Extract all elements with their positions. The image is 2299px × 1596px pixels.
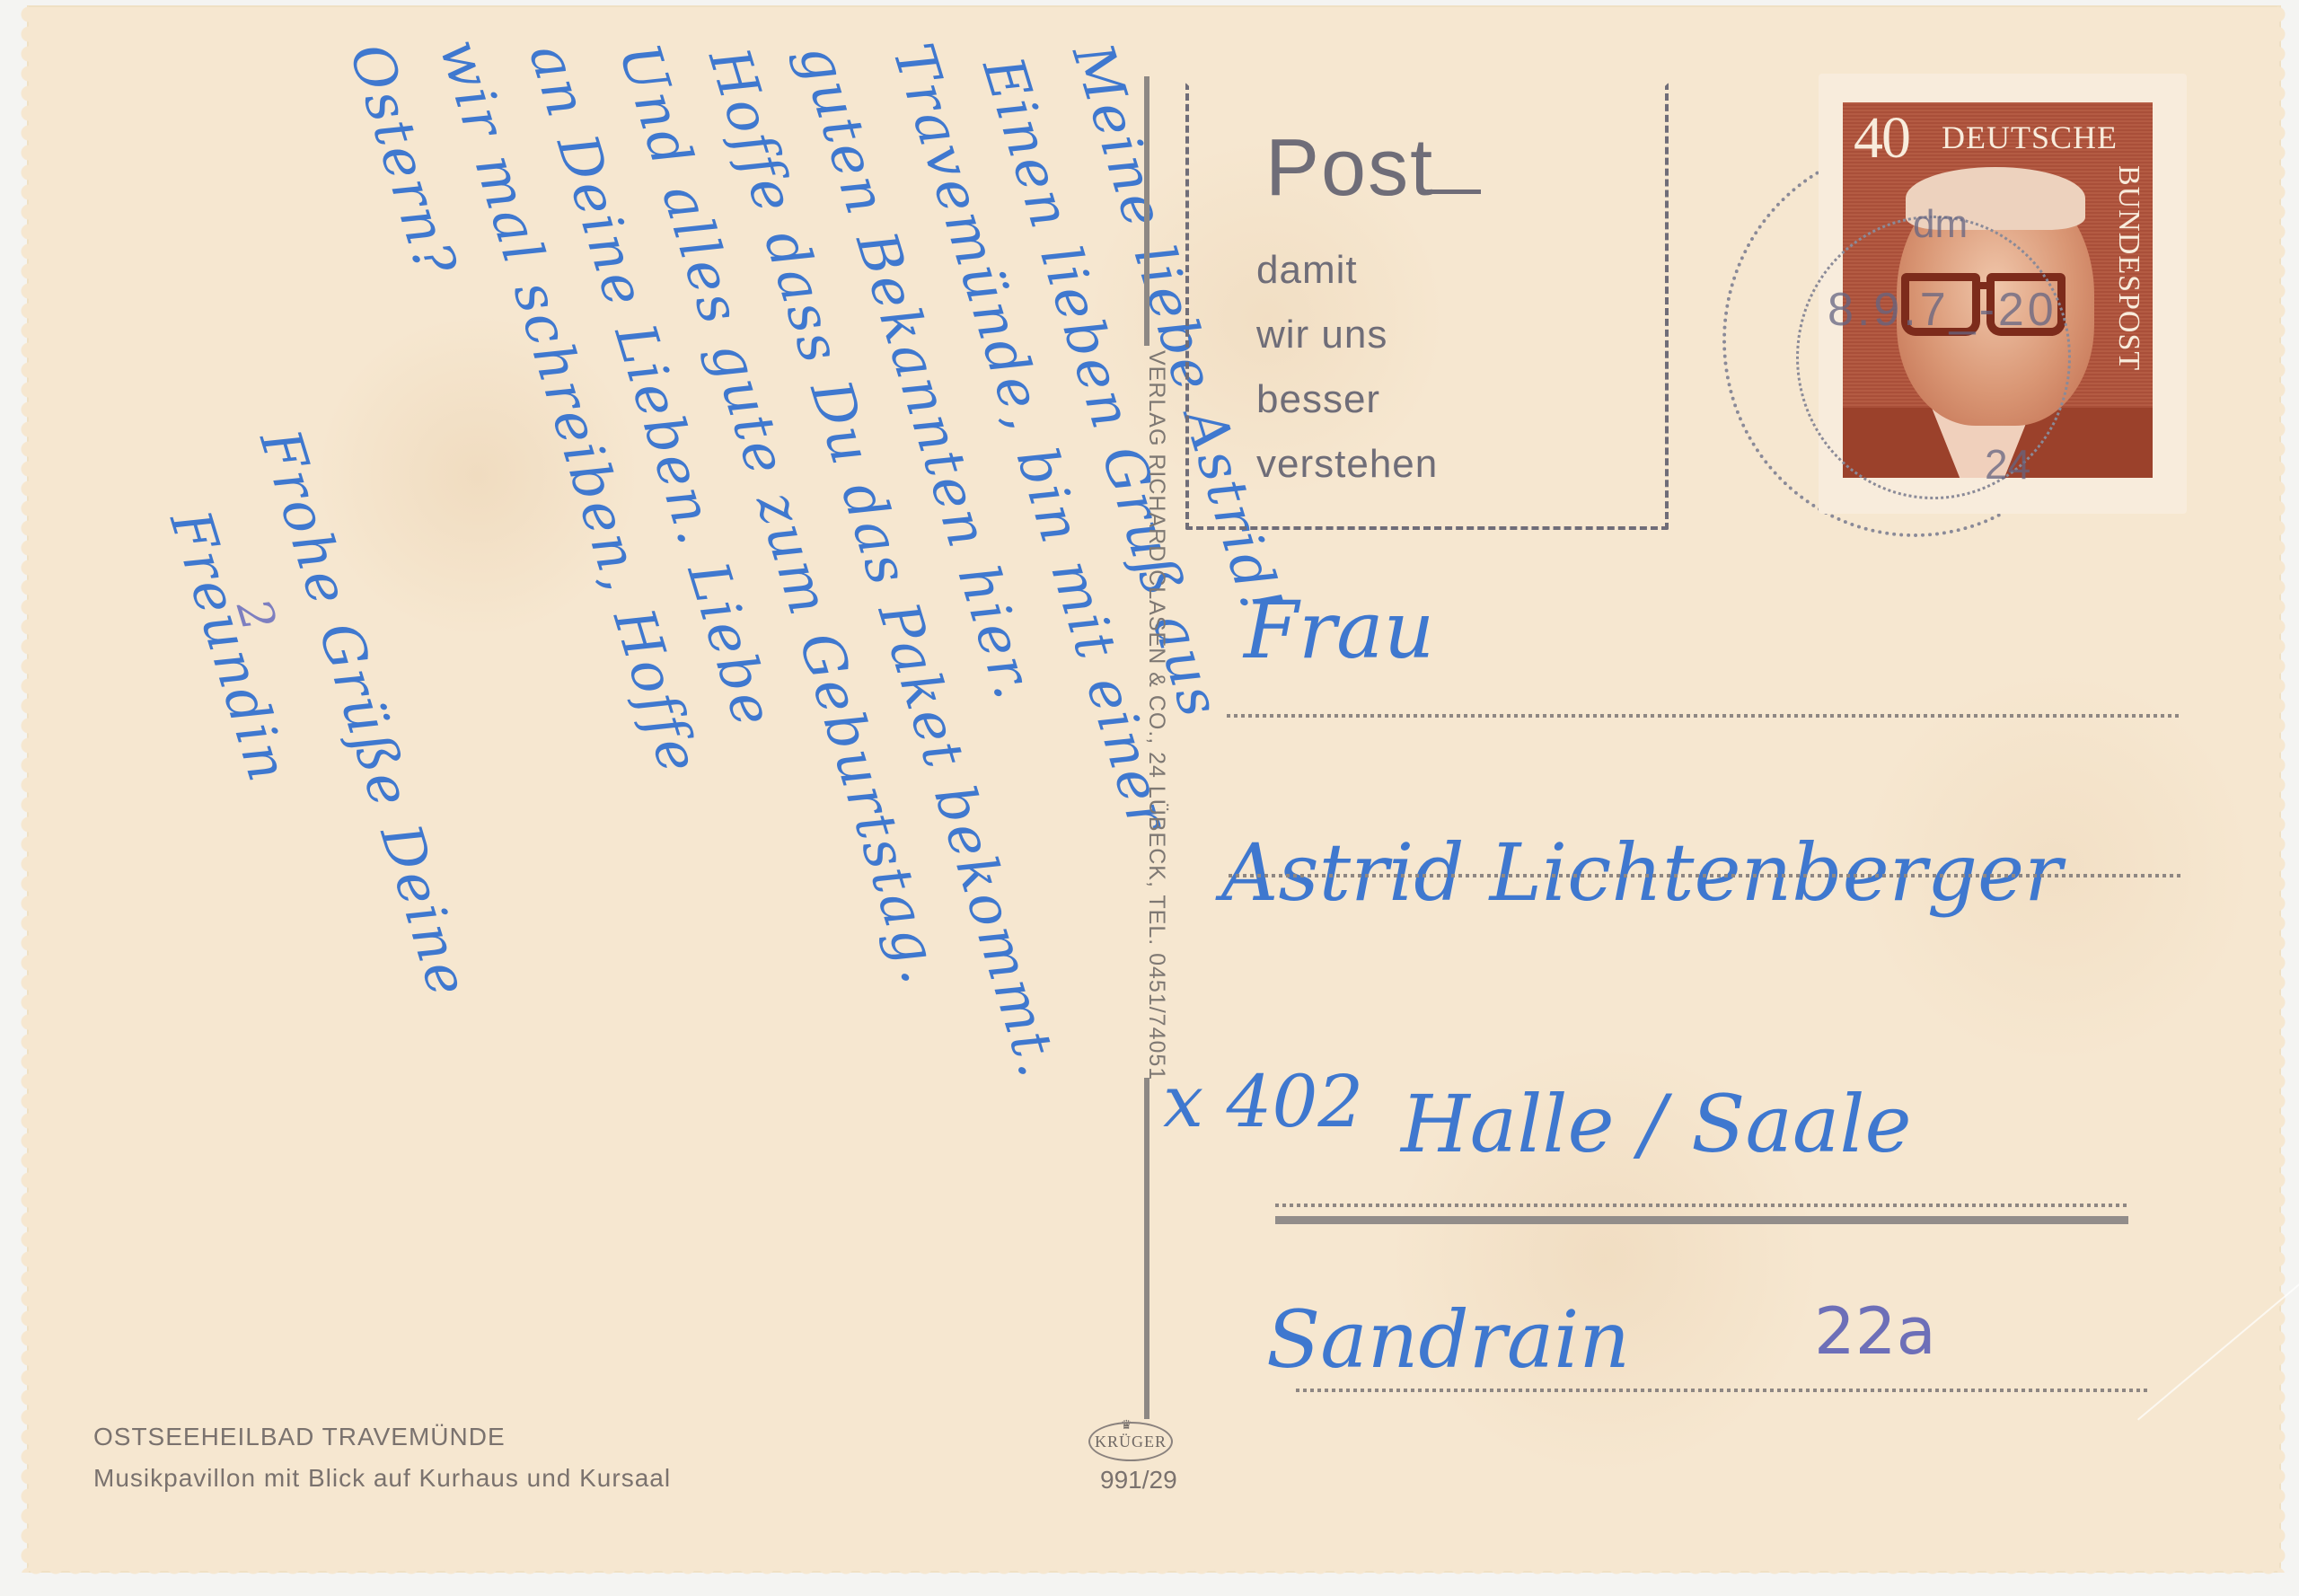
address-salutation: Frau — [1244, 584, 1434, 676]
handwritten-message: Meine liebe Astrid! Einen lieben Gruß au… — [0, 0, 1132, 1596]
caption-description: Musikpavillon mit Blick auf Kurhaus und … — [93, 1464, 671, 1493]
city-underline — [1275, 1216, 2128, 1224]
slogan-dash — [1427, 190, 1481, 194]
slogan-title: Post — [1265, 122, 1434, 215]
address-postal-code: x 402 — [1163, 1060, 1363, 1143]
stamp-country: DEUTSCHE — [1942, 119, 2118, 156]
address-line-4 — [1296, 1389, 2149, 1392]
address-line-1 — [1227, 714, 2179, 718]
card-number: 991/29 — [1100, 1466, 1177, 1495]
address-name: Astrid Lichtenberger — [1221, 826, 2062, 919]
address-street: Sandrain — [1266, 1293, 1630, 1386]
deckle-edge-right — [2277, 5, 2292, 1573]
address-house-number: 22a — [1814, 1293, 1936, 1369]
caption-place: OSTSEEHEILBAD TRAVEMÜNDE — [93, 1423, 506, 1451]
stamp-value: 40 — [1854, 104, 1909, 172]
cancellation-text: dm — [1913, 202, 1968, 247]
slogan-line: besser — [1256, 377, 1380, 422]
cancellation-number: 24 — [1985, 440, 2030, 489]
address-line-3 — [1275, 1204, 2128, 1207]
slogan-postmark: Post damit wir uns besser verstehen — [1185, 83, 1669, 530]
address-line-2 — [1229, 874, 2180, 877]
divider-line — [1144, 1078, 1149, 1419]
divider-line — [1144, 76, 1149, 346]
slogan-line: wir uns — [1256, 313, 1387, 357]
slogan-line: verstehen — [1256, 442, 1438, 487]
stamp-issuer: BUNDESPOST — [2111, 165, 2145, 462]
publisher-imprint: VERLAG RICHARD CLASEN & CO., 24 LÜBECK, … — [1124, 350, 1169, 1069]
cancellation-date: 8.9.7_-20 — [1828, 283, 2057, 337]
slogan-line: damit — [1256, 248, 1358, 293]
publisher-logo: KRÜGER — [1088, 1422, 1173, 1461]
address-city: Halle / Saale — [1401, 1078, 1912, 1170]
